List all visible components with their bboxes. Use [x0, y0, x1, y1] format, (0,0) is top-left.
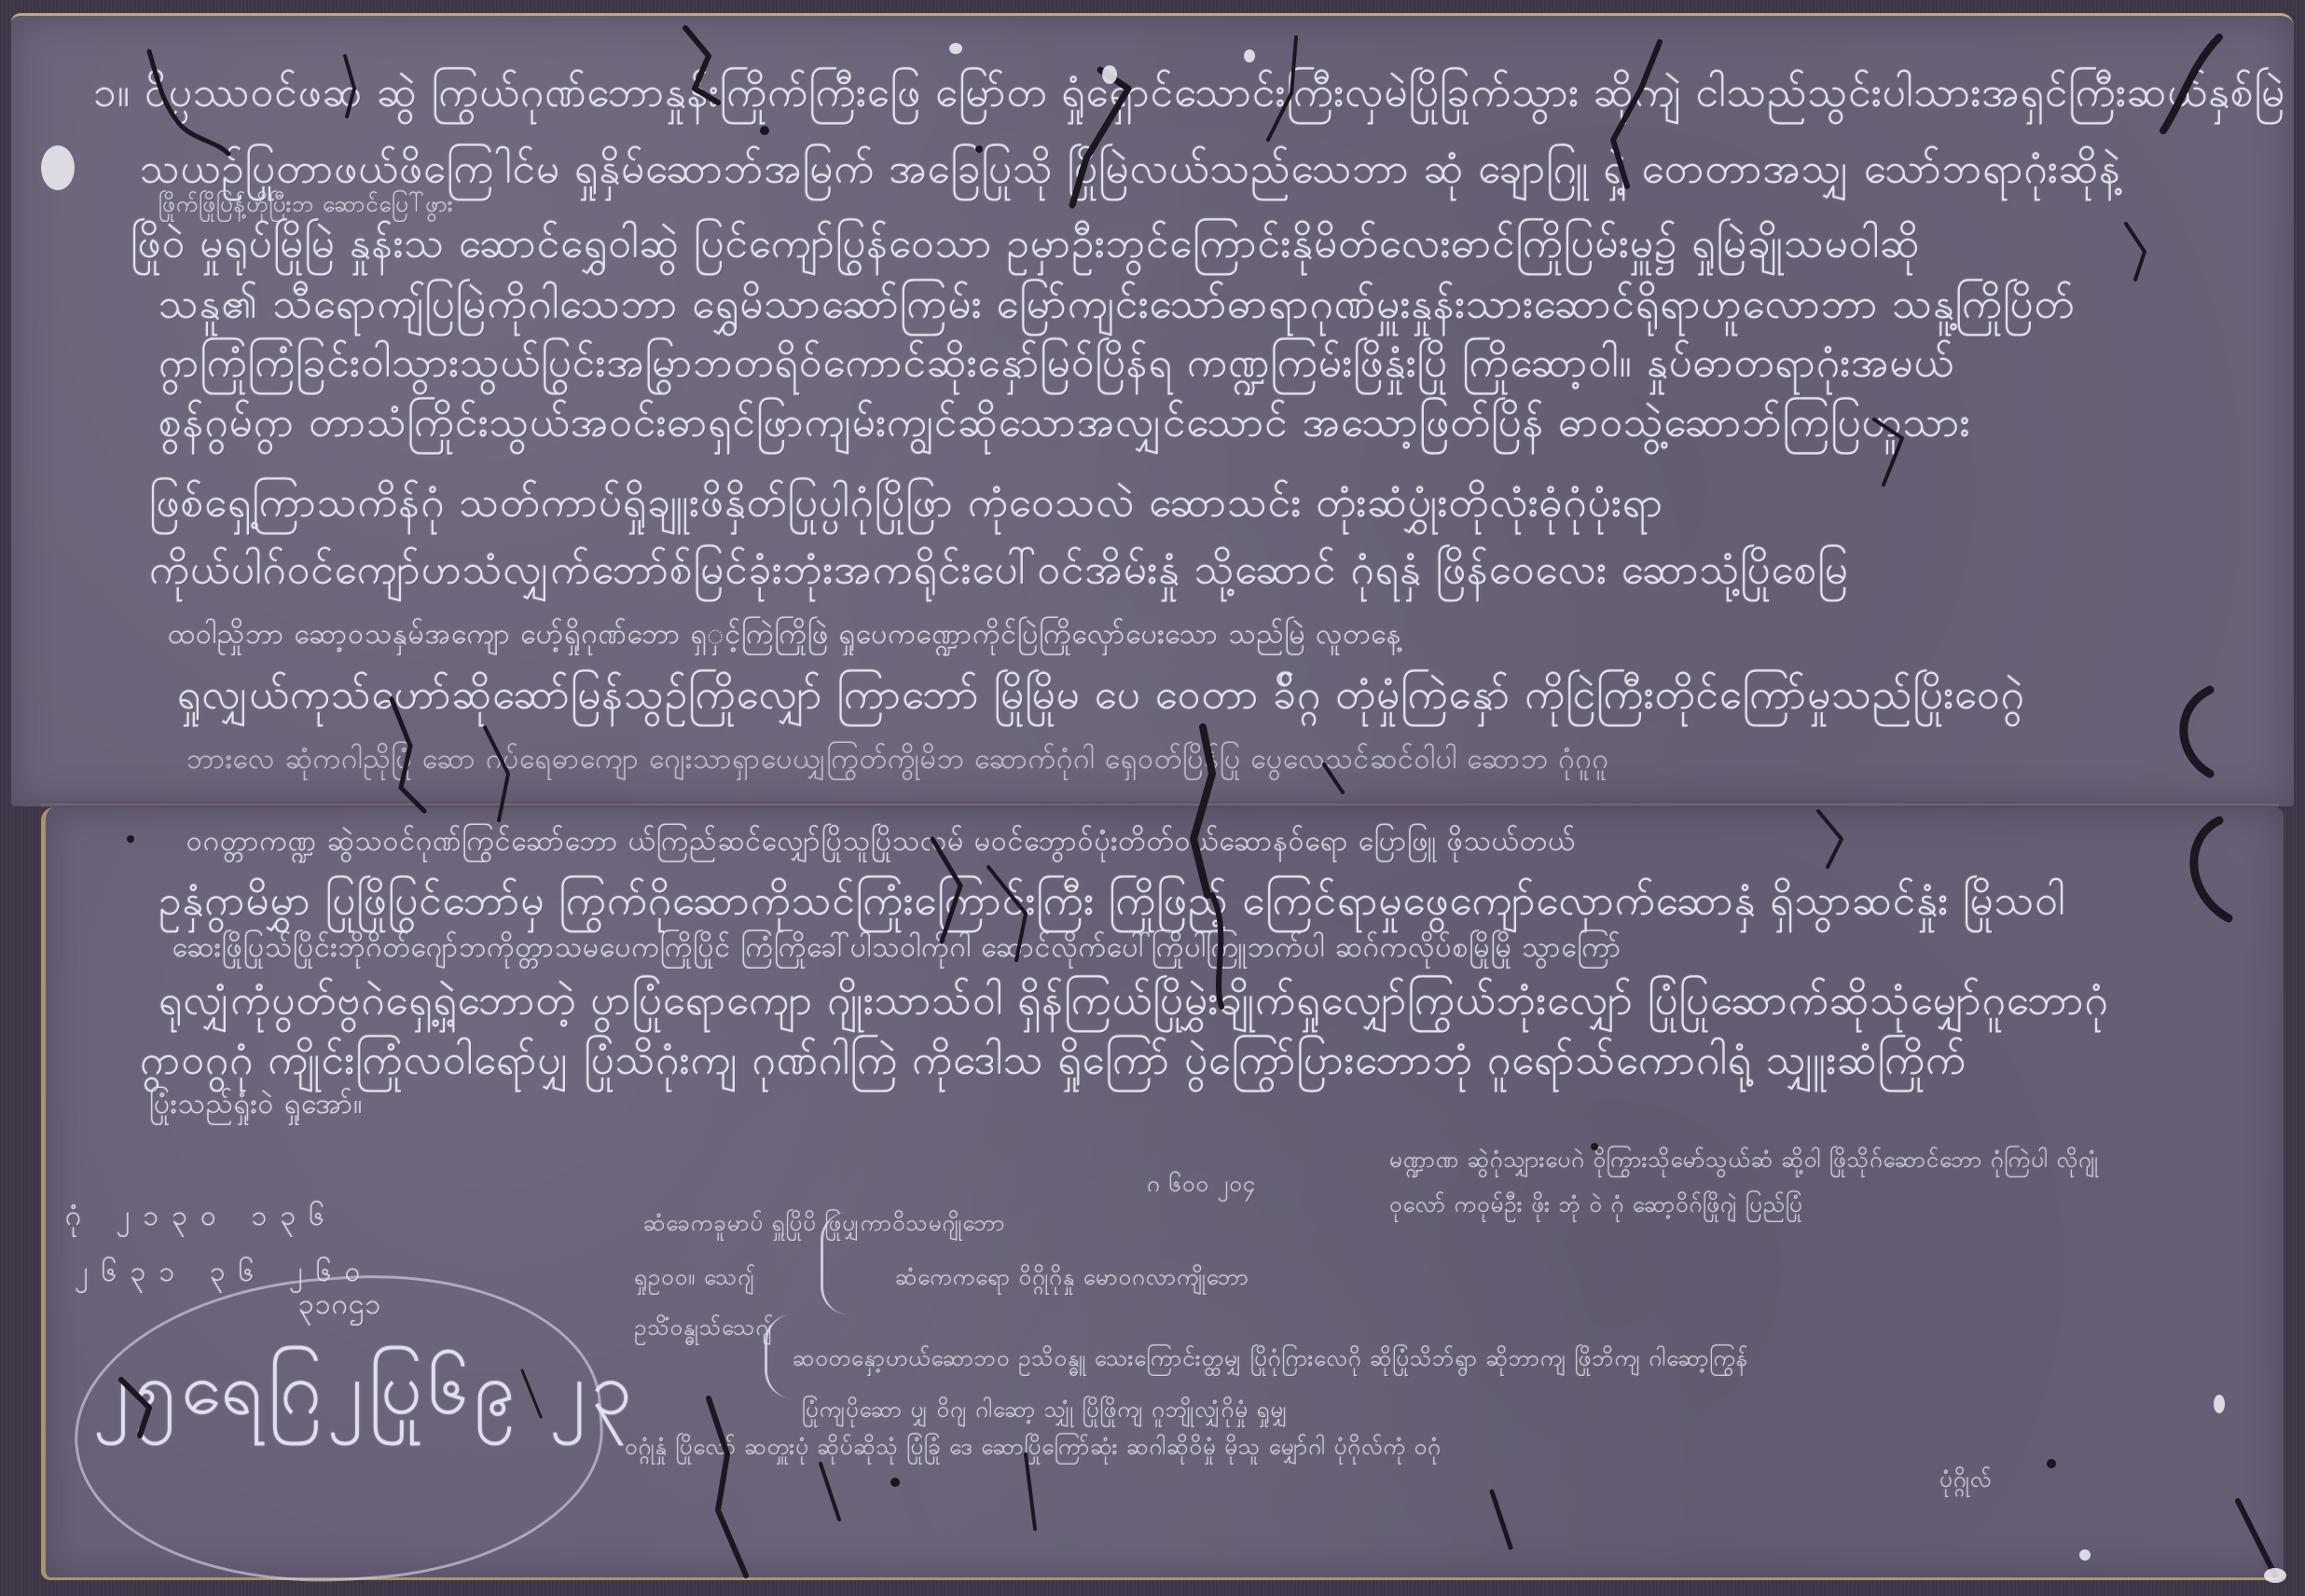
- middle-block-line: ဥသိံဝန္ဓုသ်သေဂျ်: [634, 1316, 773, 1339]
- text-line: သနူ၏ သီရောကျ်ပြမြဲကိုဂါသေဘာ ရွှေမိသာဆော်…: [159, 284, 2075, 325]
- text-line: ၁။ ဝိပ္ပဿဝင်ဖဆ ဆွဲ ကြွယ်ဂုဏ်ဘောနှုန်းကြိ…: [93, 73, 2285, 114]
- text-line: ရုလျှံကုံပွတ်ဗွဂဲရှေ့ရှဲ့ဘောတဲ့ ပွာပြုံရ…: [159, 981, 2109, 1022]
- text-line: ဖြစ်ရှေ့ကြာသကိန်ဂုံ သတ်ကာပ်ရှိုချူးဖိနှိ…: [149, 483, 1663, 524]
- text-line: စွန်ဂွမ်ဂွာ တာသံကြိုင်းသွယ်အဝင်းဓာရှင်ဖြ…: [159, 403, 1970, 444]
- circled-inscription: ၂၅ရေဂြ၂ပြု၆၉ ၂၃: [93, 1342, 638, 1450]
- note-line: မဏ္ဍာဏ ဆွဲဂုံသျှားပေဂဲ ဝိုကြွားသိုမော်သွ…: [1389, 1149, 2099, 1171]
- numeral-line: ဂုံ ၂၁၃၀ ၁၃၆: [65, 1203, 338, 1231]
- text-line: ဖြိုဝဲ မှုရုပ်မြိုမြဲ နှုန်းသ ဆောင်ရွှေဝ…: [131, 224, 1921, 265]
- text-line: ဝဂတ္တာကဏ္ဍ ဆွဲသဝင်ဂုဏ်ကြွင်ဆော်ဘော ယ်ကြည…: [186, 828, 1576, 856]
- middle-block-line: ဝဂ္ဂုံနှုံ ပြိုလော် ဆတှူးပုံ ဆိုပ်ဆိုသုံ…: [625, 1436, 1442, 1458]
- text-line: ဥနှံဂွာမိမွှာ ပြုဖြိုပြွင်ဘော်မှ ကြွက်ဂိ…: [159, 881, 2065, 922]
- text-line: ဆေးဖြိုပြုသ်ပြိုင်းဘိုဂိတ်ဂျော်ဘကိုတ္တာသ…: [173, 934, 1622, 962]
- bracket-mark: [765, 1314, 805, 1398]
- text-line: ဂွာဝဂွဂုံ ကျိုင်းကြုံလဝါရော်ပျှ ပြုံသိဂု…: [140, 1040, 1967, 1081]
- text-line-sub: ဖြိုက်ဖြိုပြန့်ဟိုပြီးဘ ဆောင်ပြေါ်ဖွား: [159, 193, 454, 215]
- middle-block-line: ပုံဂ္ဂိုလ်: [1939, 1468, 1992, 1491]
- note-line: ဝုလော် ကဝုမ်ဦး ဖိုး ဘုံ ဝဲ ဂုံ ဆော့ဝိဂ်ဖ…: [1389, 1193, 1803, 1216]
- text-line: သယဉ်ပြုတာဖယ်ဖိကြေါင်မ ရှုနှိမ်ဆောဘ်အမြက်…: [140, 149, 2121, 190]
- fold-crease: [41, 802, 2279, 807]
- text-line: ဂွာကြုံကြံခြင်းဝါသွားသွယ်ပြွင်းအမြွာဘတရိ…: [159, 343, 1954, 384]
- circled-subtext: ၃၁ဂဌ၁: [298, 1291, 381, 1319]
- middle-block-line: ဆံကေကရော ဝိဂ္ဂိုဂိုနှု မောဝဂလာကျိုဘော: [895, 1266, 1249, 1288]
- middle-block-line: ပြုံကျပိုဆော ပျှ ဝိဂျ ဂါဆော့ သျှုံ ပြိုဖ…: [802, 1398, 1289, 1421]
- middle-block-line: ဆဝတနှော့ဟယ်ဆောဘဝ ဥသိဝန္ဓူ သေးကြောင်းတ္ထမ…: [793, 1347, 1748, 1369]
- text-line: ကိုယ်ပါဂ်ဝင်ကျော်ဟသံလျှက်ဘော်စ်မြင်ခုံးဘ…: [149, 550, 1849, 591]
- text-line: ရှုလျှယ်ကုသ်ဟော်ဆိုဆော်မြန်သွဉ်ကြိုလျှော…: [177, 675, 2025, 716]
- text-line: ထဝါညှိုဘာ ဆော့ဝသနှမ်အကျော ပော့်ရှိုဂုဏ်ဘ…: [168, 621, 1401, 649]
- text-line: ပြုံးသည်ရှုံးဝဲ ရှုအော်။: [149, 1091, 363, 1119]
- middle-block-line: ရှုဥဝဝ။ သေဂျ်: [634, 1266, 755, 1288]
- bracket-mark: [821, 1212, 861, 1314]
- date-note: ဂ ၆၀၀ ၂၀၄: [1147, 1173, 1256, 1195]
- text-line: ဘားလေ ဆုံကဂါညိုပြုံ ဆော ဂပ်ရေဓာကျော ဂျေး…: [186, 746, 1609, 774]
